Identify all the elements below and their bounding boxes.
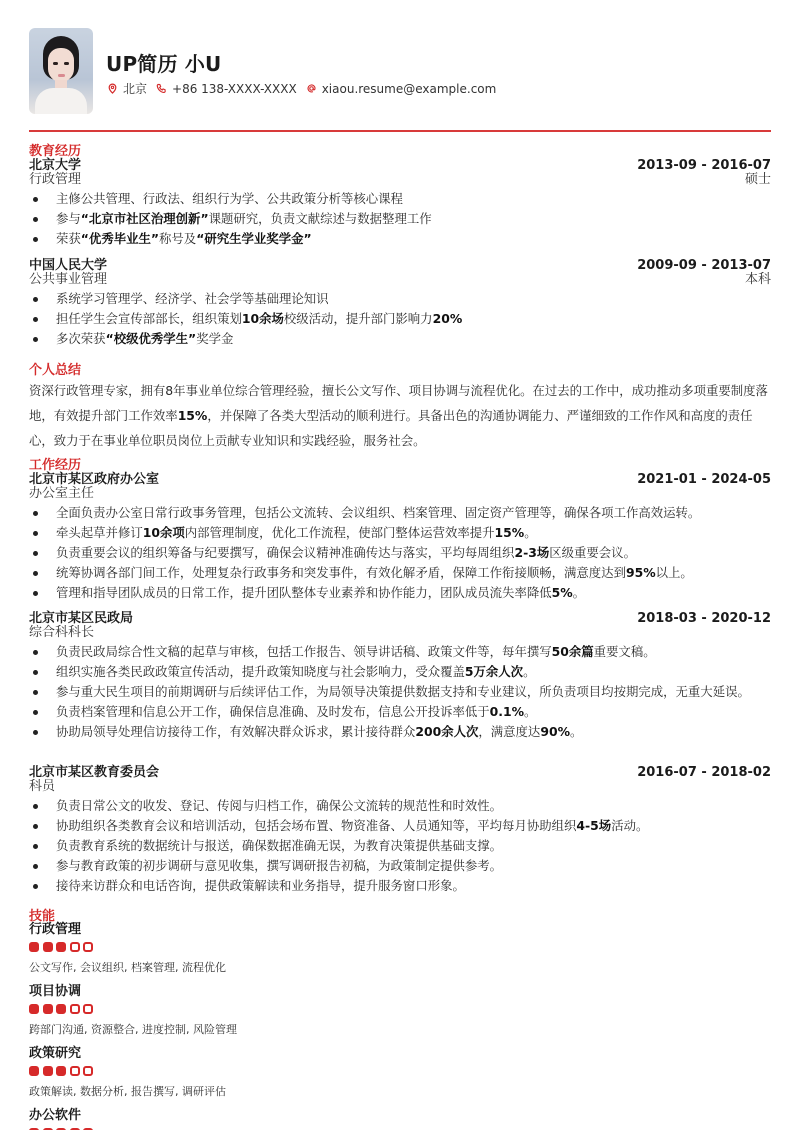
school-name: 中国人民大学 [29,259,107,273]
education-entry: 中国人民大学 公共事业管理 2009-09 - 2013-07 本科 系统学习管… [29,259,771,349]
organization: 北京市某区政府办公室 [29,473,159,487]
list-item: 主修公共管理、行政法、组织行为学、公共政策分析等核心课程 [29,189,771,209]
organization: 北京市某区教育委员会 [29,766,159,780]
skill-rating [29,942,771,952]
phone-icon [156,83,167,94]
rating-dot-filled [29,942,39,952]
skill-tags: 政策解读, 数据分析, 报告撰写, 调研评估 [29,1085,771,1099]
degree: 本科 [745,273,771,287]
list-item: 系统学习管理学、经济学、社会学等基础理论知识 [29,289,771,309]
contact-row: 北京 +86 138-XXXX-XXXX xiaou.resume@exampl… [107,80,505,97]
list-item: 负责民政局综合性文稿的起草与审核，包括工作报告、领导讲话稿、政策文件等，每年撰写… [29,642,771,662]
avatar [29,28,93,114]
major: 公共事业管理 [29,273,107,287]
resume-header: UP简历 小U 北京 +86 138-XXXX-XXXX xiaou.resum… [29,28,771,114]
bullet-list: 全面负责办公室日常行政事务管理，包括公文流转、会议组织、档案管理、固定资产管理等… [29,503,771,603]
list-item: 统筹协调各部门间工作，处理复杂行政事务和突发事件，有效化解矛盾，保障工作衔接顺畅… [29,563,771,583]
summary-section: 个人总结 资深行政管理专家，拥有8年事业单位综合管理经验，擅长公文写作、项目协调… [29,364,771,453]
skill-item: 办公软件 [29,1108,771,1130]
list-item: 管理和指导团队成员的日常工作，提升团队整体专业素养和协作能力，团队成员流失率降低… [29,583,771,603]
skill-name: 行政管理 [29,922,771,938]
organization: 北京市某区民政局 [29,612,133,626]
contact-phone: +86 138-XXXX-XXXX [156,82,297,96]
section-title-work: 工作经历 [29,459,771,473]
rating-dot-empty [83,1066,93,1076]
list-item: 组织实施各类民政政策宣传活动，提升政策知晓度与社会影响力，受众覆盖5万余人次。 [29,662,771,682]
skill-tags: 公文写作, 会议组织, 档案管理, 流程优化 [29,961,771,975]
date-range: 2009-09 - 2013-07 [637,259,771,273]
list-item: 荣获“优秀毕业生”称号及“研究生学业奖学金” [29,229,771,249]
list-item: 牵头起草并修订10余项内部管理制度，优化工作流程，使部门整体运营效率提升15%。 [29,523,771,543]
list-item: 参与“北京市社区治理创新”课题研究，负责文献综述与数据整理工作 [29,209,771,229]
list-item: 全面负责办公室日常行政事务管理，包括公文流转、会议组织、档案管理、固定资产管理等… [29,503,771,523]
phone-text: +86 138-XXXX-XXXX [172,82,297,96]
skill-name: 项目协调 [29,984,771,1000]
summary-text: 资深行政管理专家，拥有8年事业单位综合管理经验，擅长公文写作、项目协调与流程优化… [29,378,771,453]
list-item: 接待来访群众和电话咨询，提供政策解读和业务指导，提升服务窗口形象。 [29,876,771,896]
skill-name: 办公软件 [29,1108,771,1124]
section-title-summary: 个人总结 [29,364,771,378]
skill-item: 项目协调 跨部门沟通, 资源整合, 进度控制, 风险管理 [29,984,771,1037]
list-item: 担任学生会宣传部部长，组织策划10余场校级活动，提升部门影响力20% [29,309,771,329]
list-item: 负责档案管理和信息公开工作，确保信息准确、及时发布，信息公开投诉率低于0.1%。 [29,702,771,722]
rating-dot-filled [43,942,53,952]
rating-dot-empty [70,1004,80,1014]
major: 行政管理 [29,173,81,187]
education-entry: 北京大学 行政管理 2013-09 - 2016-07 硕士 主修公共管理、行政… [29,159,771,249]
candidate-name: UP简历 小U [106,48,222,77]
location-text: 北京 [123,80,147,97]
list-item: 协助局领导处理信访接待工作，有效解决群众诉求，累计接待群众200余人次，满意度达… [29,722,771,742]
bullet-list: 负责日常公文的收发、登记、传阅与归档工作，确保公文流转的规范性和时效性。 协助组… [29,796,771,896]
bullet-list: 系统学习管理学、经济学、社会学等基础理论知识 担任学生会宣传部部长，组织策划10… [29,289,771,349]
date-range: 2021-01 - 2024-05 [637,473,771,487]
bullet-list: 负责民政局综合性文稿的起草与审核，包括工作报告、领导讲话稿、政策文件等，每年撰写… [29,642,771,742]
job-title: 科员 [29,780,55,794]
rating-dot-empty [70,1066,80,1076]
rating-dot-filled [29,1066,39,1076]
bullet-list: 主修公共管理、行政法、组织行为学、公共政策分析等核心课程 参与“北京市社区治理创… [29,189,771,249]
skill-rating [29,1066,771,1076]
email-text: xiaou.resume@example.com [322,82,497,96]
school-name: 北京大学 [29,159,81,173]
contact-email: xiaou.resume@example.com [306,82,497,96]
job-title: 办公室主任 [29,487,94,501]
at-sign-icon [306,83,317,94]
list-item: 参与教育政策的初步调研与意见收集，撰写调研报告初稿，为政策制定提供参考。 [29,856,771,876]
rating-dot-filled [43,1004,53,1014]
list-item: 负责教育系统的数据统计与报送，确保数据准确无误，为教育决策提供基础支撑。 [29,836,771,856]
list-item: 负责重要会议的组织筹备与纪要撰写，确保会议精神准确传达与落实，平均每周组织2-3… [29,543,771,563]
date-range: 2016-07 - 2018-02 [637,766,771,780]
rating-dot-filled [29,1004,39,1014]
skill-rating [29,1004,771,1014]
rating-dot-filled [56,1066,66,1076]
map-pin-icon [107,83,118,94]
skill-tags: 跨部门沟通, 资源整合, 进度控制, 风险管理 [29,1023,771,1037]
rating-dot-filled [56,1004,66,1014]
job-title: 综合科科长 [29,626,94,640]
skill-item: 行政管理 公文写作, 会议组织, 档案管理, 流程优化 [29,922,771,975]
section-title-education: 教育经历 [29,145,771,159]
work-entry: 北京市某区政府办公室 办公室主任 2021-01 - 2024-05 全面负责办… [29,473,771,603]
rating-dot-filled [43,1066,53,1076]
list-item: 参与重大民生项目的前期调研与后续评估工作，为局领导决策提供数据支持和专业建议，所… [29,682,771,702]
skill-item: 政策研究 政策解读, 数据分析, 报告撰写, 调研评估 [29,1046,771,1099]
work-entry: 北京市某区民政局 综合科科长 2018-03 - 2020-12 负责民政局综合… [29,612,771,742]
date-range: 2013-09 - 2016-07 [637,159,771,173]
education-section: 教育经历 北京大学 行政管理 2013-09 - 2016-07 硕士 主修公共… [29,145,771,249]
rating-dot-filled [56,942,66,952]
work-section: 工作经历 北京市某区政府办公室 办公室主任 2021-01 - 2024-05 … [29,459,771,603]
date-range: 2018-03 - 2020-12 [637,612,771,626]
list-item: 协助组织各类教育会议和培训活动，包括会场布置、物资准备、人员通知等，平均每月协助… [29,816,771,836]
contact-location: 北京 [107,80,147,97]
rating-dot-empty [83,942,93,952]
degree: 硕士 [745,173,771,187]
work-entry: 北京市某区教育委员会 科员 2016-07 - 2018-02 负责日常公文的收… [29,766,771,896]
header-divider [29,130,771,132]
rating-dot-empty [70,942,80,952]
rating-dot-empty [83,1004,93,1014]
list-item: 多次荣获“校级优秀学生”奖学金 [29,329,771,349]
list-item: 负责日常公文的收发、登记、传阅与归档工作，确保公文流转的规范性和时效性。 [29,796,771,816]
skill-name: 政策研究 [29,1046,771,1062]
